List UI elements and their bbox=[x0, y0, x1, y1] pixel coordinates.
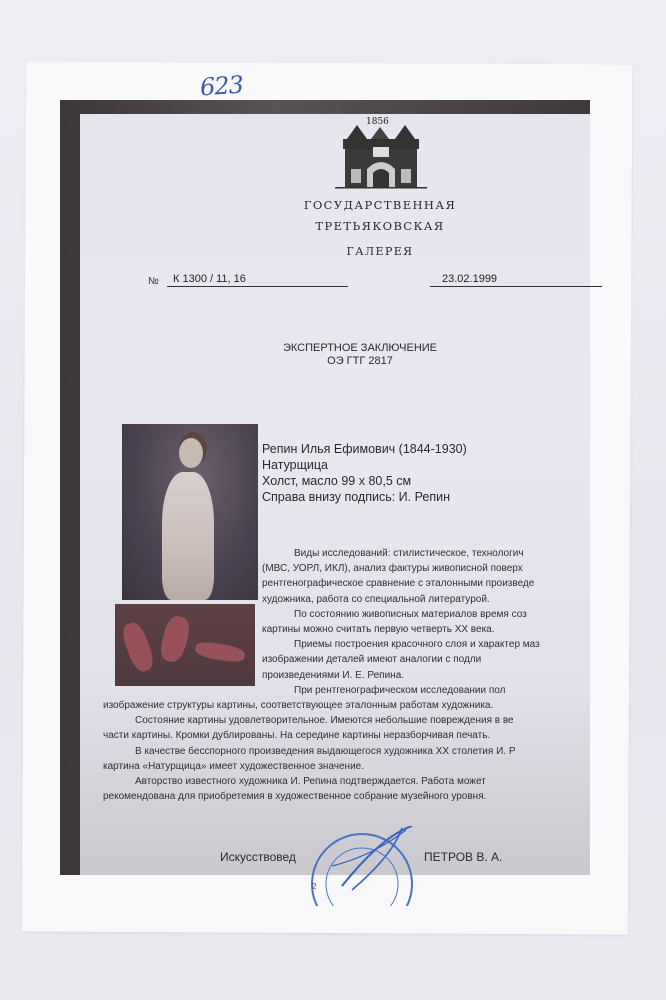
handwritten-number: 623 bbox=[199, 71, 244, 102]
document-title: ЭКСПЕРТНОЕ ЗАКЛЮЧЕНИЕ ОЭ ГТГ 2817 bbox=[230, 342, 490, 368]
text-line: Авторство известного художника И. Репина… bbox=[103, 774, 590, 789]
text-line: Приемы построения красочного слоя и хара… bbox=[262, 637, 590, 652]
museum-name-line1: ГОСУДАРСТВЕННАЯ bbox=[280, 198, 480, 212]
signer-name: ПЕТРОВ В. А. bbox=[424, 850, 502, 864]
museum-name-line3: ГАЛЕРЕЯ bbox=[280, 245, 480, 258]
text-line: картина «Натурщица» имеет художественное… bbox=[103, 759, 590, 774]
text-line: Виды исследований: стилистическое, техно… bbox=[262, 546, 590, 561]
text-line: (МВС, УОРЛ, ИКЛ), анализ фактуры живопис… bbox=[262, 561, 590, 576]
text-line: рентгенографическое сравнение с эталонны… bbox=[262, 576, 590, 591]
figure-shape bbox=[162, 472, 214, 600]
text-line: изображение структуры картины, соответст… bbox=[103, 698, 590, 713]
findings-full-width: изображение структуры картины, соответст… bbox=[103, 698, 590, 804]
xray-mark bbox=[157, 614, 192, 665]
text-line: По состоянию живописных материалов время… bbox=[262, 607, 590, 622]
text-line: При рентгенографическом исследовании пол bbox=[262, 683, 590, 698]
text-line: части картины. Кромки дублированы. На се… bbox=[103, 728, 590, 743]
xray-mark bbox=[119, 620, 157, 675]
painting-photo bbox=[122, 424, 258, 600]
tretyakov-gallery-logo: 1856 bbox=[333, 117, 428, 197]
founded-year: 1856 bbox=[366, 117, 389, 127]
page-number: 2 bbox=[312, 882, 316, 891]
text-line: Состояние картины удовлетворительное. Им… bbox=[103, 713, 590, 728]
artwork-medium: Холст, масло 99 х 80,5 см bbox=[262, 473, 467, 489]
title-line2: ОЭ ГТГ 2817 bbox=[230, 355, 490, 368]
text-line: художника, работа со специальной литерат… bbox=[262, 592, 590, 607]
museum-name-line2: ТРЕТЬЯКОВСКАЯ bbox=[280, 219, 480, 233]
text-line: произведениями И. Е. Репина. bbox=[262, 668, 590, 683]
text-line: картины можно считать первую четверть XX… bbox=[262, 622, 590, 637]
official-stamp-icon bbox=[302, 826, 422, 906]
xray-mark bbox=[194, 640, 246, 664]
number-label: № bbox=[148, 276, 159, 287]
document-date: 23.02.1999 bbox=[430, 273, 602, 287]
text-line: В качестве бесспорного произведения выда… bbox=[103, 744, 590, 759]
artwork-signature: Справа внизу подпись: И. Репин bbox=[262, 489, 467, 505]
text-line: изображении деталей имеют аналогии с под… bbox=[262, 652, 590, 667]
signer-role: Искусствовед bbox=[220, 850, 296, 864]
artwork-title: Натурщица bbox=[262, 457, 467, 473]
artist-name: Репин Илья Ефимович (1844-1930) bbox=[262, 441, 467, 457]
findings-right-column: Виды исследований: стилистическое, техно… bbox=[262, 546, 590, 698]
reference-number: К 1300 / 11, 16 bbox=[167, 273, 348, 287]
x-ray-photo bbox=[115, 604, 255, 686]
gallery-building-icon bbox=[333, 117, 428, 197]
title-line1: ЭКСПЕРТНОЕ ЗАКЛЮЧЕНИЕ bbox=[230, 342, 490, 355]
artwork-caption: Репин Илья Ефимович (1844-1930) Натурщиц… bbox=[262, 441, 467, 505]
text-line: рекомендована для приобретемия в художес… bbox=[103, 789, 590, 804]
figure-head bbox=[179, 438, 203, 468]
